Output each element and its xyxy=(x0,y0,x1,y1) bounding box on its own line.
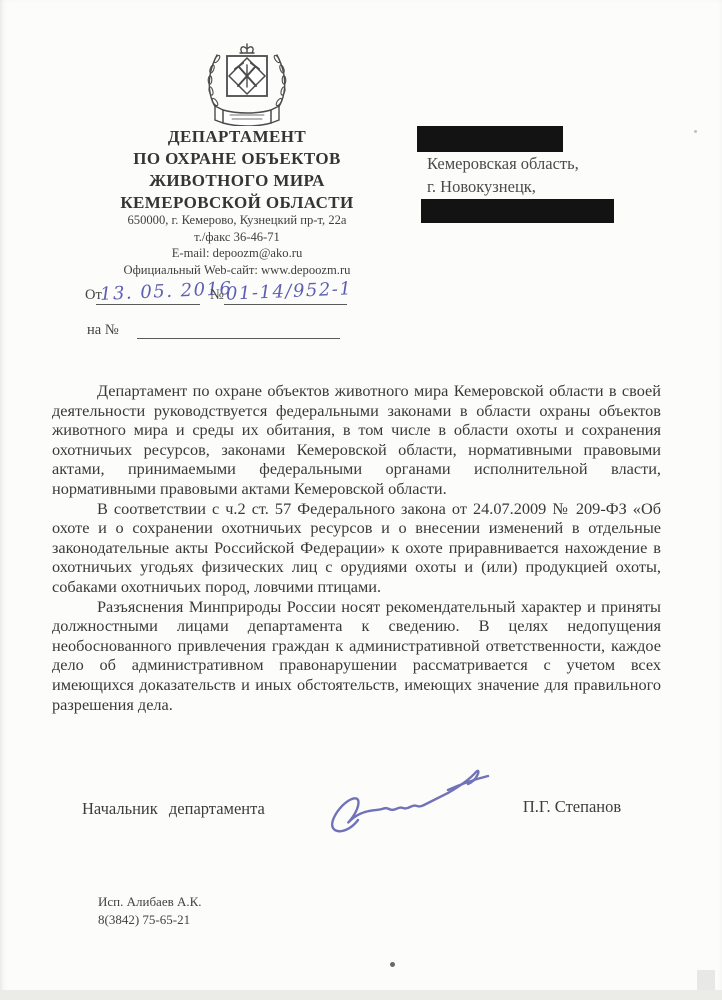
org-name-line: КЕМЕРОВСКОЙ ОБЛАСТИ xyxy=(58,192,416,214)
redaction-bar xyxy=(421,199,614,223)
scan-speck xyxy=(390,962,395,967)
org-name-line: ПО ОХРАНЕ ОБЪЕКТОВ xyxy=(58,148,416,170)
recipient-block: Кемеровская область, г. Новокузнецк, xyxy=(417,126,657,223)
scan-speck xyxy=(694,130,697,133)
executor-phone: 8(3842) 75-65-21 xyxy=(98,911,202,929)
scanned-letter-page: ДЕПАРТАМЕНТ ПО ОХРАНЕ ОБЪЕКТОВ ЖИВОТНОГО… xyxy=(0,0,722,1000)
number-underline xyxy=(224,304,347,305)
org-name-line: ЖИВОТНОГО МИРА xyxy=(58,170,416,192)
reply-number-underline xyxy=(137,338,340,339)
handwritten-number: 01-14/952-1 xyxy=(226,278,353,304)
org-email-line: E-mail: depoozm@ako.ru xyxy=(58,245,416,262)
org-address-line: 650000, г. Кемерово, Кузнецкий пр-т, 22а xyxy=(58,212,416,229)
recipient-city: г. Новокузнецк, xyxy=(417,175,657,198)
org-website-line: Официальный Web-сайт: www.depoozm.ru xyxy=(58,262,416,279)
signer-name: П.Г. Степанов xyxy=(492,797,652,817)
recipient-region: Кемеровская область, xyxy=(417,152,657,175)
signer-title: Начальник департамента xyxy=(82,799,265,819)
kemerovo-region-coat-of-arms-icon xyxy=(192,42,302,126)
letter-body: Департамент по охране объектов животного… xyxy=(52,381,661,714)
org-address-block: 650000, г. Кемерово, Кузнецкий пр-т, 22а… xyxy=(58,212,416,278)
number-label: № xyxy=(210,287,224,304)
paragraph: В соответствии с ч.2 ст. 57 Федерального… xyxy=(52,499,661,597)
executor-name: Исп. Алибаев А.К. xyxy=(98,893,202,911)
org-name-line: ДЕПАРТАМЕНТ xyxy=(58,126,416,148)
org-phone-line: т./факс 36-46-71 xyxy=(58,229,416,246)
paragraph: Разъяснения Минприроды России носят реко… xyxy=(52,597,661,715)
executor-block: Исп. Алибаев А.К. 8(3842) 75-65-21 xyxy=(98,893,202,928)
redaction-bar xyxy=(417,126,563,152)
scan-edge-shadow xyxy=(0,990,722,1000)
paragraph: Департамент по охране объектов животного… xyxy=(52,381,661,499)
reply-to-label: на № xyxy=(87,322,119,339)
handwritten-signature-icon xyxy=(318,756,500,840)
org-name-block: ДЕПАРТАМЕНТ ПО ОХРАНЕ ОБЪЕКТОВ ЖИВОТНОГО… xyxy=(58,126,416,214)
